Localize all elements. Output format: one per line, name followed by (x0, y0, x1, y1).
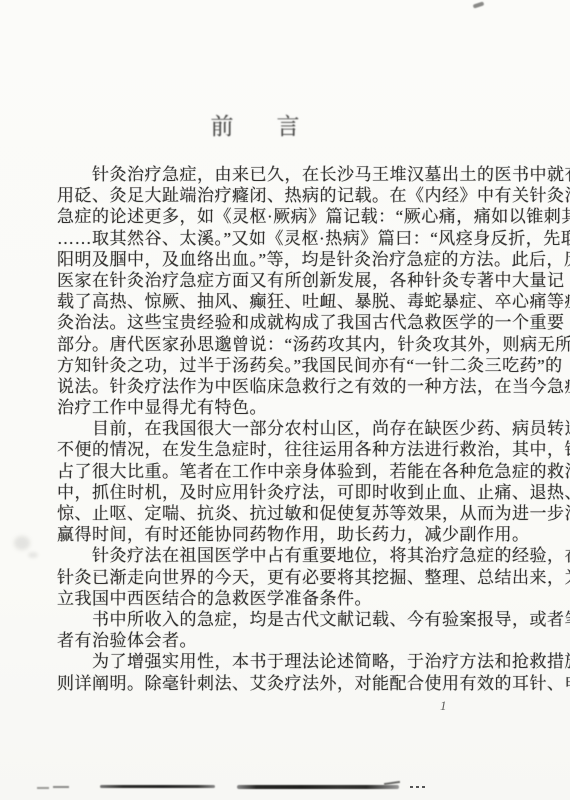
scan-smudge-left-margin-small (28, 552, 38, 558)
text-line: 不便的情况，在发生急症时，往往运用各种方法进行救治，其中，针灸 (57, 439, 517, 460)
text-line: ……取其然谷、太溪。”又如《灵枢·热病》篇曰：“风痉身反折，先取足 (57, 228, 517, 249)
text-line: 书中所收入的急症，均是古代文献记载、今有验案报导，或者笔 (57, 609, 517, 630)
scan-bottom-edge-segment (100, 785, 215, 788)
text-line: 惊、止呕、定喘、抗炎、抗过敏和促使复苏等效果，从而为进一步治疗 (57, 503, 517, 524)
text-line: 用砭、灸足大趾端治疗癃闭、热病的记载。在《内经》中有关针灸治疗 (57, 185, 517, 206)
scan-speck-top-right (473, 1, 485, 8)
text-line: 立我国中西医结合的急救医学准备条件。 (57, 588, 517, 609)
text-line: 为了增强实用性，本书于理法论述简略，于治疗方法和抢救措施 (57, 651, 517, 672)
text-line: 灸治法。这些宝贵经验和成就构成了我国古代急救医学的一个重要 (57, 312, 517, 333)
body-text: 针灸治疗急症，由来已久，在长沙马王堆汉墓出土的医书中就有 用砭、灸足大趾端治疗癃… (57, 164, 517, 694)
scan-bottom-edge-segment (237, 785, 399, 789)
text-line: 医家在针灸治疗急症方面又有所创新发展，各种针灸专著中大量记 (57, 270, 517, 291)
text-line: 中，抓住时机，及时应用针灸疗法，可即时收到止血、止痛、退热、镇 (57, 482, 517, 503)
page-number: 1 (440, 698, 447, 714)
text-line: 方知针灸之功，过半于汤药矣。”我国民间亦有“一针二灸三吃药”的 (57, 355, 517, 376)
text-line: 者有治验体会者。 (57, 630, 517, 651)
text-line: 则详阐明。除毫针刺法、艾灸疗法外，对能配合使用有效的耳针、电 (57, 673, 517, 694)
text-line: 阳明及腘中，及血络出血。”等，均是针灸治疗急症的方法。此后，历代 (57, 249, 517, 270)
text-line: 载了高热、惊厥、抽风、癫狂、吐衄、暴脱、毒蛇暴症、卒心痛等症的针 (57, 291, 517, 312)
scan-bottom-edge-segment (53, 786, 69, 788)
text-line: 针灸已渐走向世界的今天，更有必要将其挖掘、整理、总结出来，为创 (57, 567, 517, 588)
text-line: 针灸疗法在祖国医学中占有重要地位，将其治疗急症的经验，在 (57, 545, 517, 566)
text-line: 针灸治疗急症，由来已久，在长沙马王堆汉墓出土的医书中就有 (57, 164, 517, 185)
text-line: 赢得时间，有时还能协同药物作用，助长药力，减少副作用。 (57, 524, 517, 545)
page-title: 前 言 (0, 108, 520, 141)
scanned-page: 前 言 针灸治疗急症，由来已久，在长沙马王堆汉墓出土的医书中就有 用砭、灸足大趾… (0, 0, 570, 800)
scan-smudge-left-margin (14, 536, 30, 550)
text-line: 目前，在我国很大一部分农村山区，尚存在缺医少药、病员转送 (57, 418, 517, 439)
scan-bottom-edge-segment (37, 787, 49, 789)
text-line: 占了很大比重。笔者在工作中亲身体验到，若能在各种危急症的救治 (57, 461, 517, 482)
text-line: 治疗工作中显得尤有特色。 (57, 397, 517, 418)
text-line: 部分。唐代医家孙思邈曾说：“汤药攻其内，针灸攻其外，则病无所逃。 (57, 334, 517, 355)
text-line: 急症的论述更多，如《灵枢·厥病》篇记载：“厥心痛，痛如以锥刺其心 (57, 206, 517, 227)
scan-bottom-edge-segment (410, 786, 428, 788)
text-line: 说法。针灸疗法作为中医临床急救行之有效的一种方法，在当今急症 (57, 376, 517, 397)
